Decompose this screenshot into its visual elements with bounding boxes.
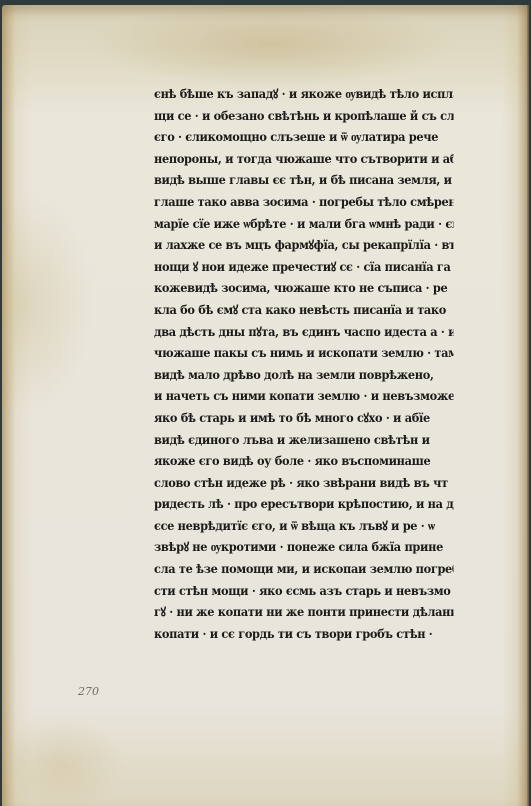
text-line: марїе сїе иже ѡбрѣте · и мали бга ѡмнѣ р… [154,214,453,236]
text-line: єсе неврѣдитїє єго, и ѿ вѣща къ лъвꙋ и р… [154,516,453,538]
text-line: щи се · и обезано свѣтѣнь и кропѣлаше й … [154,106,453,128]
page-edge-shadow [527,0,531,806]
text-line: и начеть съ ними копати землю · и невъзм… [154,386,453,408]
text-line: слово стѣн идеже рѣ · яко звѣрани видѣ в… [154,473,453,495]
manuscript-page: єнѣ бѣше къ западꙋ · и якоже ѹвидѣ тѣло … [2,5,529,806]
text-line: два дѣсть дны пꙋта, въ єдинъ часпо идест… [154,322,453,344]
text-line: видѣ мало дрѣво долѣ на земли поврѣжено, [154,365,453,387]
text-line: и лахже се въ мцъ фармꙋфїа, сы рекапрїлї… [154,235,453,257]
manuscript-text-block: єнѣ бѣше къ западꙋ · и якоже ѹвидѣ тѣло … [154,84,476,645]
text-line: єнѣ бѣше къ западꙋ · и якоже ѹвидѣ тѣло … [154,84,453,106]
folio-number: 270 [78,685,99,698]
text-line: сти стѣн мощи · яко єсмь азъ старь и нев… [154,581,453,603]
text-line: глаше тако авва зосима · погребы тѣло см… [154,192,453,214]
text-line: ридесть лѣ · про ересътвори крѣпостию, и… [154,494,453,516]
text-line: яко бѣ старь и имѣ тo бѣ много сꙋхо · и … [154,408,453,430]
text-line: видѣ выше главы єє тѣн, и бѣ писана земл… [154,170,453,192]
text-line: копати · и сє гордь ти съ твори гробъ ст… [154,624,453,646]
text-line: чюжаше пакы съ нимь и ископати землю · т… [154,343,453,365]
text-line: непороны, и тогда чюжаше что сътворити и… [154,149,453,171]
text-line: кожевидѣ зосима, чюжаше кто не съписа · … [154,278,453,300]
text-line: звѣрꙋ не ѹкротими · понеже сила бжїа при… [154,537,453,559]
text-line: гꙋ · ни же копати ни же понти принести д… [154,602,453,624]
text-line: кла бо бѣ ємꙋ ста како невѣсть писанїа и… [154,300,453,322]
text-line: якоже єго видѣ оу боле · яко въспоминаше [154,451,453,473]
text-line: нощи ꙋ нои идеже пречестиꙋ сє · сїа писа… [154,257,453,279]
text-line: єго · єликомощно слъзеше и ѿ ѹлатира реч… [154,127,453,149]
text-line: видѣ єдиного лъва и желизашено свѣтѣн и [154,430,453,452]
text-line: сла те ѣзе помощи ми, и ископаи землю по… [154,559,453,581]
